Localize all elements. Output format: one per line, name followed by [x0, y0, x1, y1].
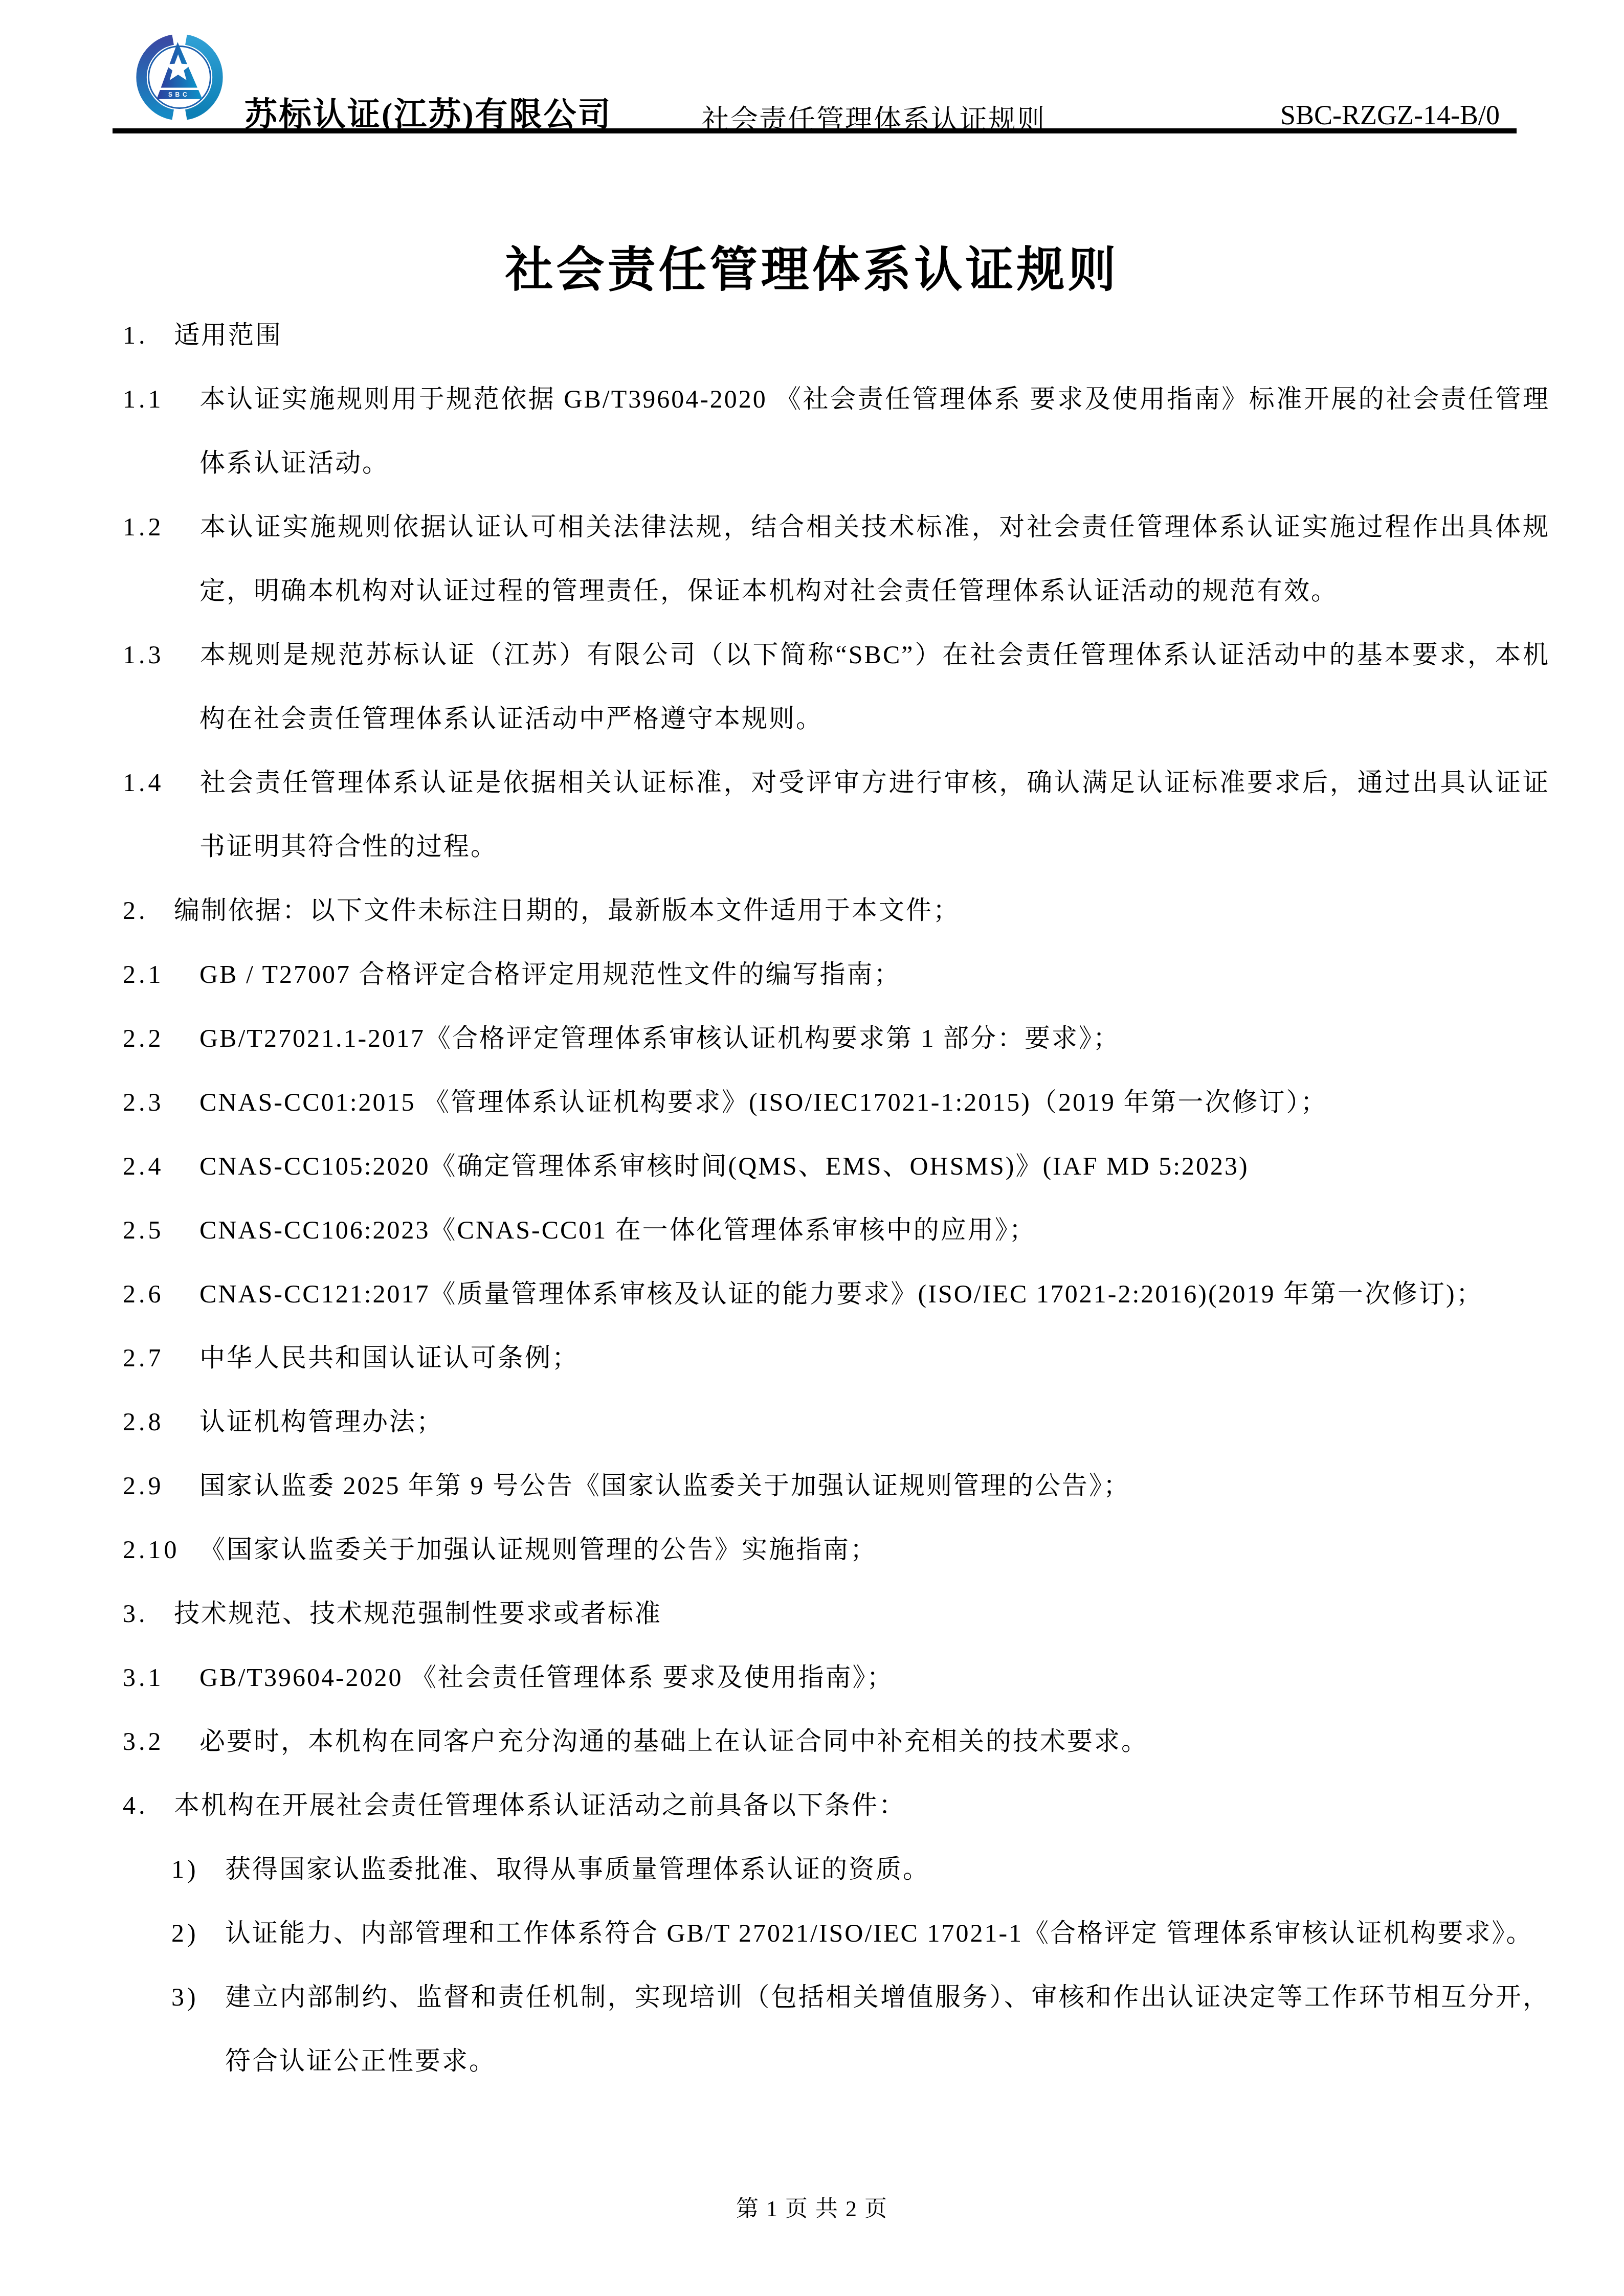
paragraph-number: 1.2: [123, 495, 199, 559]
paragraph-number: 4.: [123, 1773, 174, 1837]
paragraph-number: 2.3: [123, 1070, 199, 1134]
paragraph-29: 2.9国家认监委 2025 年第 9 号公告《国家认监委关于加强认证规则管理的公…: [123, 1454, 1550, 1518]
paragraph-text: 中华人民共和国认证认可条例；: [199, 1343, 579, 1372]
paragraph-number: 3.: [123, 1582, 174, 1646]
sbc-logo-icon: SBC: [132, 30, 227, 125]
paragraph-number: 2.2: [123, 1006, 199, 1070]
paragraph-number: 3.2: [123, 1709, 199, 1773]
paragraph-number: 2.8: [123, 1390, 199, 1454]
paragraph-text: CNAS-CC121:2017《质量管理体系审核及认证的能力要求》(ISO/IE…: [199, 1279, 1483, 1308]
paragraph-26: 2.6CNAS-CC121:2017《质量管理体系审核及认证的能力要求》(ISO…: [123, 1262, 1550, 1326]
paragraph-text: 本认证实施规则依据认证认可相关法律法规，结合相关技术标准，对社会责任管理体系认证…: [199, 512, 1550, 605]
paragraph-number: 2.7: [123, 1326, 199, 1390]
paragraph-27: 2.7中华人民共和国认证认可条例；: [123, 1326, 1550, 1390]
paragraph-number: 2.1: [123, 942, 199, 1006]
paragraph-text: GB/T39604-2020 《社会责任管理体系 要求及使用指南》；: [199, 1663, 894, 1692]
paragraph-22: 2.2GB/T27021.1-2017《合格评定管理体系审核认证机构要求第 1 …: [123, 1006, 1550, 1070]
paragraph-text: 本认证实施规则用于规范依据 GB/T39604-2020 《社会责任管理体系 要…: [199, 385, 1550, 477]
paragraph-24: 2.4CNAS-CC105:2020《确定管理体系审核时间(QMS、EMS、OH…: [123, 1134, 1550, 1198]
logo-sbc-text: SBC: [168, 91, 190, 98]
document-page: SBC 苏标认证(江苏)有限公司 社会责任管理体系认证规则 SBC-RZGZ-1…: [0, 0, 1624, 2296]
header-doc-code: SBC-RZGZ-14-B/0: [1280, 99, 1500, 131]
paragraph-text: 建立内部制约、监督和责任机制，实现培训（包括相关增值服务）、审核和作出认证决定等…: [225, 1983, 1550, 2075]
paragraph-3: 3.技术规范、技术规范强制性要求或者标准: [123, 1582, 1550, 1646]
paragraph-text: 适用范围: [174, 321, 282, 349]
paragraph-text: CNAS-CC106:2023《CNAS-CC01 在一体化管理体系审核中的应用…: [199, 1215, 1036, 1244]
paragraph-13: 1.3本规则是规范苏标认证（江苏）有限公司（以下简称“SBC”）在社会责任管理体…: [123, 623, 1550, 751]
paragraph-text: 编制依据：以下文件未标注日期的，最新版本文件适用于本文件；: [174, 896, 960, 925]
paragraph-text: CNAS-CC01:2015 《管理体系认证机构要求》(ISO/IEC17021…: [199, 1088, 1327, 1116]
paragraph-number: 1.: [123, 303, 174, 367]
paragraph-21: 2.1GB / T27007 合格评定合格评定用规范性文件的编写指南；: [123, 942, 1550, 1006]
paragraph-number: 3.1: [123, 1646, 199, 1709]
paragraph-3: 3)建立内部制约、监督和责任机制，实现培训（包括相关增值服务）、审核和作出认证决…: [171, 1965, 1550, 2093]
paragraph-number: 2.5: [123, 1198, 199, 1262]
header-rule: [113, 128, 1517, 133]
paragraph-text: 技术规范、技术规范强制性要求或者标准: [174, 1599, 662, 1628]
paragraph-text: CNAS-CC105:2020《确定管理体系审核时间(QMS、EMS、OHSMS…: [199, 1152, 1249, 1180]
paragraph-text: GB/T27021.1-2017《合格评定管理体系审核认证机构要求第 1 部分：…: [199, 1024, 1120, 1052]
paragraph-2: 2)认证能力、内部管理和工作体系符合 GB/T 27021/ISO/IEC 17…: [171, 1901, 1550, 1965]
paragraph-text: 本规则是规范苏标认证（江苏）有限公司（以下简称“SBC”）在社会责任管理体系认证…: [199, 640, 1550, 733]
paragraph-11: 1.1本认证实施规则用于规范依据 GB/T39604-2020 《社会责任管理体…: [123, 367, 1550, 495]
paragraph-23: 2.3CNAS-CC01:2015 《管理体系认证机构要求》(ISO/IEC17…: [123, 1070, 1550, 1134]
paragraph-number: 2): [171, 1901, 225, 1965]
paragraph-number: 3): [171, 1965, 225, 2029]
paragraph-text: 社会责任管理体系认证是依据相关认证标准，对受评审方进行审核，确认满足认证标准要求…: [199, 768, 1550, 861]
page-title: 社会责任管理体系认证规则: [0, 231, 1624, 300]
paragraph-text: 国家认监委 2025 年第 9 号公告《国家认监委关于加强认证规则管理的公告》；: [199, 1471, 1130, 1500]
paragraph-1: 1)获得国家认监委批准、取得从事质量管理体系认证的资质。: [171, 1837, 1550, 1901]
paragraph-4: 4.本机构在开展社会责任管理体系认证活动之前具备以下条件：: [123, 1773, 1550, 1837]
paragraph-32: 3.2必要时，本机构在同客户充分沟通的基础上在认证合同中补充相关的技术要求。: [123, 1709, 1550, 1773]
paragraph-25: 2.5CNAS-CC106:2023《CNAS-CC01 在一体化管理体系审核中…: [123, 1198, 1550, 1262]
paragraph-text: 本机构在开展社会责任管理体系认证活动之前具备以下条件：: [174, 1791, 906, 1819]
paragraph-text: GB / T27007 合格评定合格评定用规范性文件的编写指南；: [199, 960, 901, 988]
paragraph-number: 2.9: [123, 1454, 199, 1518]
paragraph-14: 1.4社会责任管理体系认证是依据相关认证标准，对受评审方进行审核，确认满足认证标…: [123, 751, 1550, 879]
paragraph-text: 认证能力、内部管理和工作体系符合 GB/T 27021/ISO/IEC 1702…: [225, 1919, 1533, 1947]
paragraph-number: 1): [171, 1837, 225, 1901]
paragraph-number: 2.: [123, 879, 174, 942]
paragraph-2: 2.编制依据：以下文件未标注日期的，最新版本文件适用于本文件；: [123, 879, 1550, 942]
paragraph-number: 2.4: [123, 1134, 199, 1198]
paragraph-text: 认证机构管理办法；: [199, 1407, 443, 1436]
paragraph-text: 《国家认监委关于加强认证规则管理的公告》实施指南；: [199, 1535, 877, 1564]
paragraph-12: 1.2本认证实施规则依据认证认可相关法律法规，结合相关技术标准，对社会责任管理体…: [123, 495, 1550, 623]
paragraph-210: 2.10《国家认监委关于加强认证规则管理的公告》实施指南；: [123, 1518, 1550, 1582]
paragraph-number: 2.6: [123, 1262, 199, 1326]
paragraph-number: 2.10: [123, 1518, 199, 1582]
paragraph-31: 3.1GB/T39604-2020 《社会责任管理体系 要求及使用指南》；: [123, 1646, 1550, 1709]
paragraph-text: 必要时，本机构在同客户充分沟通的基础上在认证合同中补充相关的技术要求。: [199, 1727, 1148, 1755]
paragraph-28: 2.8认证机构管理办法；: [123, 1390, 1550, 1454]
paragraph-number: 1.3: [123, 623, 199, 687]
paragraph-1: 1.适用范围: [123, 303, 1550, 367]
paragraph-text: 获得国家认监委批准、取得从事质量管理体系认证的资质。: [225, 1855, 930, 1883]
paragraph-number: 1.4: [123, 751, 199, 815]
document-body: 1.适用范围1.1本认证实施规则用于规范依据 GB/T39604-2020 《社…: [123, 303, 1550, 2093]
page-number: 第 1 页 共 2 页: [0, 2190, 1624, 2223]
paragraph-number: 1.1: [123, 367, 199, 431]
